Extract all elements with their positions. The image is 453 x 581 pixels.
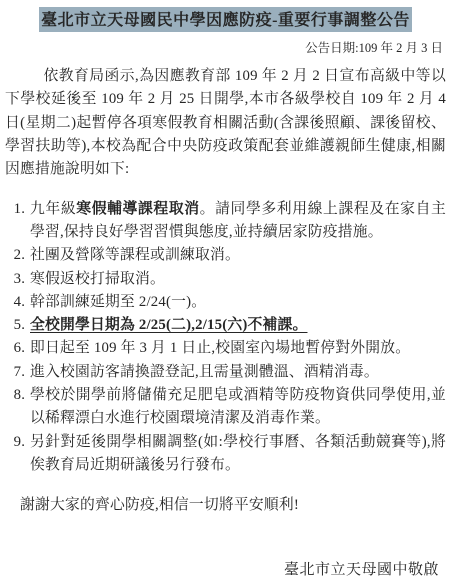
list-item-text: 全校開學日期為 2/25(二),2/15(六)不補課。 bbox=[30, 317, 307, 333]
list-item-text: 即日起至 109 年 3 月 1 日止,校園室內場地暫停對外開放。 bbox=[30, 340, 410, 356]
title-row: 臺北市立天母國民中學因應防疫-重要行事調整公告 bbox=[5, 7, 446, 32]
list-item-text: 寒假輔導課程取消 bbox=[76, 201, 199, 217]
intro-paragraph: 依教育局函示,為因應教育部 109 年 2 月 2 日宣布高級中等以下學校延後至… bbox=[5, 65, 446, 181]
list-item-text: 學校於開學前將儲備充足肥皂或酒精等防疫物資供同學使用,並以稀釋漂白水進行校園環境… bbox=[30, 387, 446, 426]
list-item-text: 幹部訓練延期至 2/24(一)。 bbox=[30, 294, 206, 310]
page-title: 臺北市立天母國民中學因應防疫-重要行事調整公告 bbox=[39, 7, 412, 32]
list-item: 即日起至 109 年 3 月 1 日止,校園室內場地暫停對外開放。 bbox=[29, 337, 446, 360]
list-item: 社團及營隊等課程或訓練取消。 bbox=[29, 244, 446, 267]
list-item: 九年級寒假輔導課程取消。請同學多利用線上課程及在家自主學習,保持良好學習習慣與態… bbox=[29, 198, 446, 245]
list-item: 全校開學日期為 2/25(二),2/15(六)不補課。 bbox=[29, 314, 446, 337]
measure-list: 九年級寒假輔導課程取消。請同學多利用線上課程及在家自主學習,保持良好學習習慣與態… bbox=[5, 198, 446, 478]
announcement-document: 臺北市立天母國民中學因應防疫-重要行事調整公告 公告日期:109 年 2 月 3… bbox=[0, 0, 453, 581]
list-item-text: 寒假返校打掃取消。 bbox=[30, 271, 165, 287]
list-item: 寒假返校打掃取消。 bbox=[29, 268, 446, 291]
list-item: 進入校園訪客請換證登記,且需量測體溫、酒精消毒。 bbox=[29, 361, 446, 384]
signature: 臺北市立天母國中敬啟 bbox=[5, 558, 446, 579]
list-item-text: 社團及營隊等課程或訓練取消。 bbox=[30, 247, 240, 263]
list-item-text: 九年級 bbox=[30, 201, 76, 217]
list-item-text: 進入校園訪客請換證登記,且需量測體溫、酒精消毒。 bbox=[30, 364, 379, 380]
closing-line: 謝謝大家的齊心防疫,相信一切將平安順利! bbox=[5, 494, 446, 517]
list-item: 學校於開學前將儲備充足肥皂或酒精等防疫物資供同學使用,並以稀釋漂白水進行校園環境… bbox=[29, 384, 446, 431]
list-item: 幹部訓練延期至 2/24(一)。 bbox=[29, 291, 446, 314]
announcement-date: 公告日期:109 年 2 月 3 日 bbox=[5, 38, 446, 56]
list-item: 另針對延後開學相關調整(如:學校行事曆、各類活動競賽等),將俟教育局近期研議後另… bbox=[29, 431, 446, 478]
list-item-text: 另針對延後開學相關調整(如:學校行事曆、各類活動競賽等),將俟教育局近期研議後另… bbox=[30, 434, 446, 473]
